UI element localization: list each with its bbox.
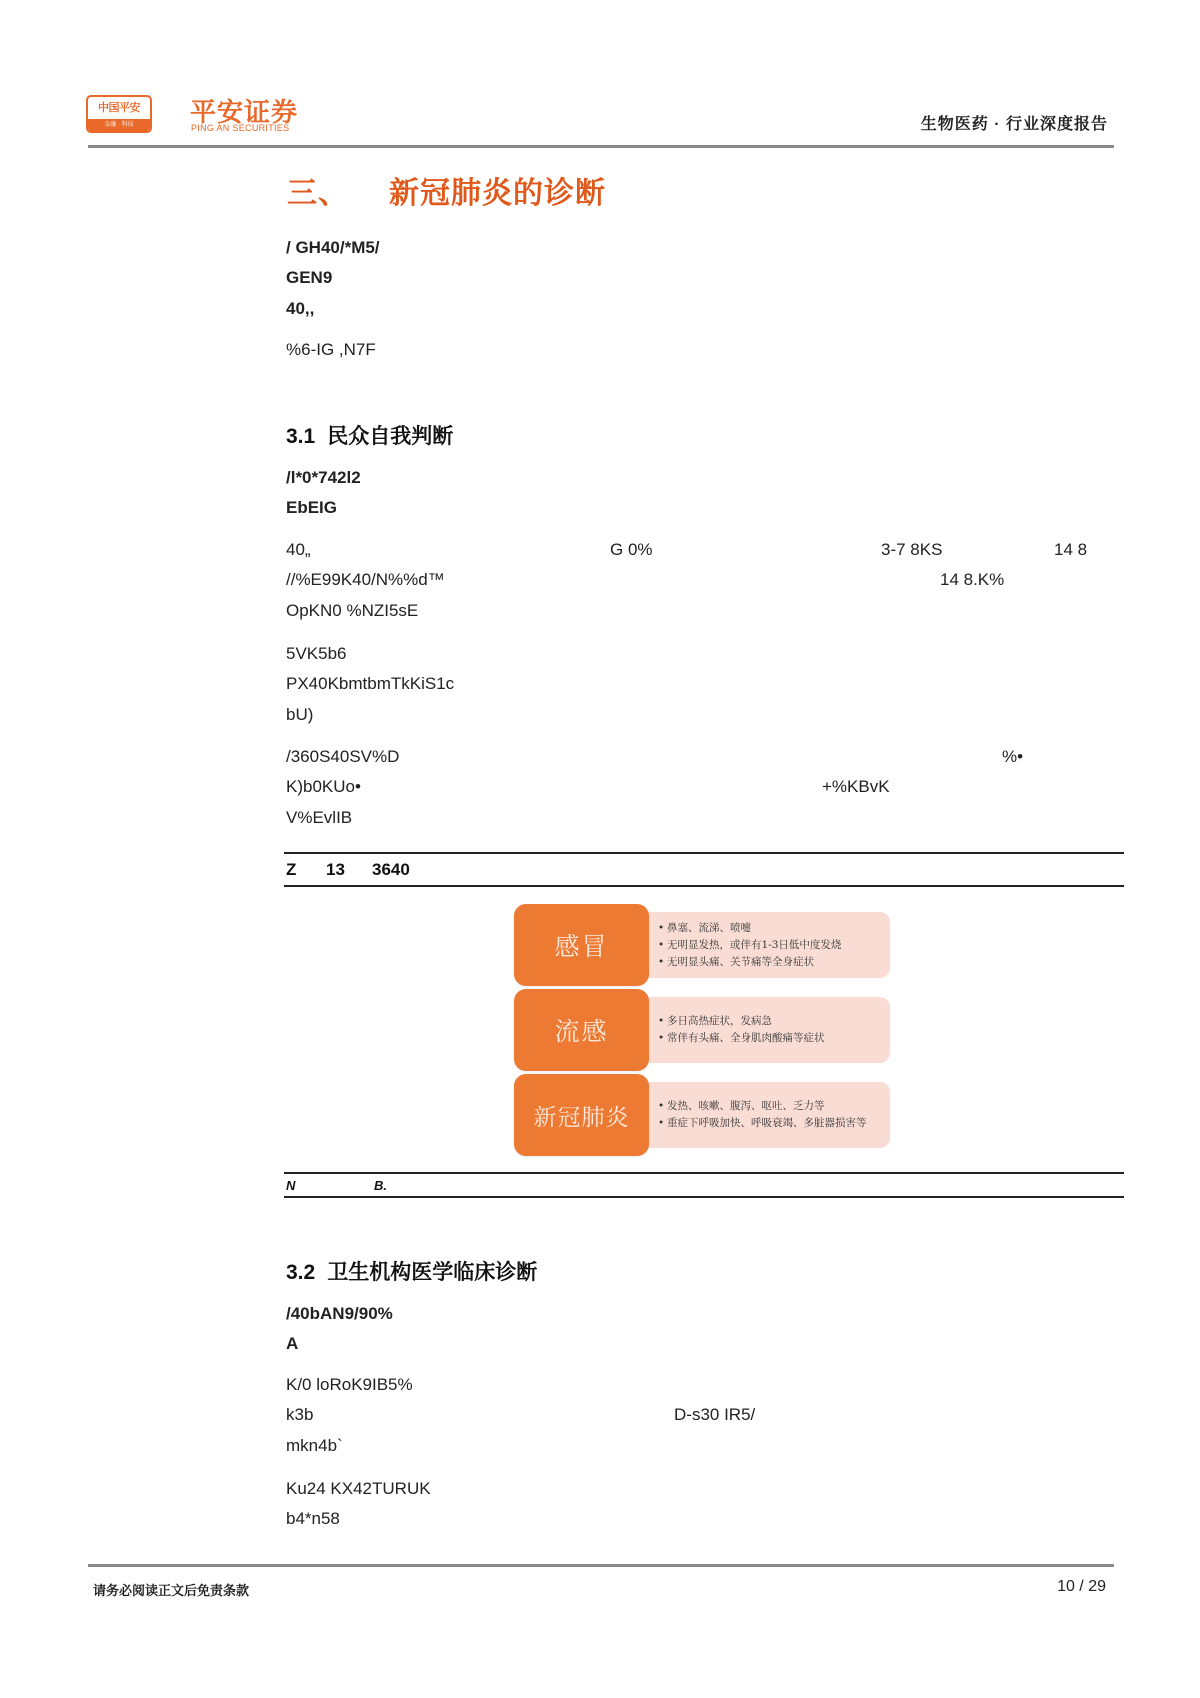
subsection-3-1-paragraph-2: 5VK5b6 PX40KbmtbmTkKiS1c bU): [286, 639, 1124, 730]
diagram-row-covid: 新冠肺炎 发热、咳嗽、腹泻、呕吐、乏力等 重症下呼吸加快、呼吸衰竭、多脏器损害等: [514, 1074, 894, 1156]
text-line: k3b D-s30 IR5/: [286, 1400, 1124, 1430]
symptom-item: 常伴有头痛、全身肌肉酸痛等症状: [658, 1030, 884, 1047]
intro-paragraph: %6-IG ,N7F: [286, 335, 1124, 365]
figure-number: 13: [326, 860, 345, 880]
subsection-heading-3-2: 3.2卫生机构医学临床诊断: [286, 1256, 537, 1286]
figure-title: 3640: [372, 860, 410, 880]
symptom-item: 发热、咳嗽、腹泻、呕吐、乏力等: [658, 1098, 884, 1115]
subsection-3-1-paragraph-3: /360S40SV%D %• K)b0KUo• +%KBvK V%EvlIB: [286, 742, 1124, 833]
text-line: %6-IG ,N7F: [286, 335, 1124, 365]
symptom-item: 鼻塞、流涕、喷嚏: [658, 920, 884, 937]
diagram-symptom-box: 多日高热症状，发病急 常伴有头痛、全身肌肉酸痛等症状: [634, 997, 890, 1063]
figure-source-top-rule: [284, 1172, 1124, 1174]
symptom-item: 无明显头痛、关节痛等全身症状: [658, 954, 884, 971]
section-number: 三、: [287, 177, 349, 210]
section-title: 新冠肺炎的诊断: [389, 177, 606, 210]
diagram-label-flu: 流感: [514, 989, 649, 1071]
disclaimer-notice: 请务必阅读正文后免责条款: [93, 1580, 249, 1599]
source-label: N: [286, 1178, 295, 1193]
section-heading: 三、新冠肺炎的诊断: [287, 168, 606, 212]
china-pingan-logo: 中国平安 金融 · 科技: [86, 95, 152, 133]
text-line: /360S40SV%D %•: [286, 742, 1124, 772]
text-line: mkn4b`: [286, 1431, 1124, 1461]
text-line: /40bAN9/90%: [286, 1299, 1124, 1329]
text-line: /l*0*742l2: [286, 463, 1124, 493]
subsection-3-2-paragraph-1: K/0 loRoK9IB5% k3b D-s30 IR5/ mkn4b`: [286, 1370, 1124, 1461]
diagram-symptom-box: 鼻塞、流涕、喷嚏 无明显发热，或伴有1-3日低中度发烧 无明显头痛、关节痛等全身…: [634, 912, 890, 978]
text-line: V%EvlIB: [286, 803, 1124, 833]
symptom-item: 多日高热症状，发病急: [658, 1013, 884, 1030]
figure-top-rule: [284, 852, 1124, 854]
text-line: b4*n58: [286, 1504, 1124, 1534]
text-line: K/0 loRoK9IB5%: [286, 1370, 1124, 1400]
text-line: A: [286, 1329, 1124, 1359]
page-number: 10 / 29: [1057, 1578, 1106, 1596]
text-line: Ku24 KX42TURUK: [286, 1474, 1124, 1504]
source-text: B.: [374, 1178, 387, 1193]
subsection-3-1-bold-paragraph: /l*0*742l2 EbEIG: [286, 463, 1124, 524]
text-line: 40,,: [286, 294, 1124, 324]
figure-caption: Z 13 3640: [286, 860, 296, 880]
subsection-3-2-bold-paragraph: /40bAN9/90% A: [286, 1299, 1124, 1360]
diagram-label-cold: 感冒: [514, 904, 649, 986]
diagram-label-covid: 新冠肺炎: [514, 1074, 649, 1156]
text-line: GEN9: [286, 263, 1124, 293]
intro-bold-paragraph: / GH40/*M5/ GEN9 40,,: [286, 233, 1124, 324]
diagram-row-cold: 感冒 鼻塞、流涕、喷嚏 无明显发热，或伴有1-3日低中度发烧 无明显头痛、关节痛…: [514, 904, 894, 986]
symptom-item: 无明显发热，或伴有1-3日低中度发烧: [658, 937, 884, 954]
text-line: bU): [286, 700, 1124, 730]
footer-divider: [88, 1564, 1114, 1567]
figure-bottom-rule: [284, 1196, 1124, 1198]
header-divider: [88, 145, 1114, 148]
text-line: EbEIG: [286, 493, 1124, 523]
subsection-3-2-paragraph-2: Ku24 KX42TURUK b4*n58: [286, 1474, 1124, 1535]
brand-name-en: PING AN SECURITIES: [191, 123, 289, 133]
text-line: PX40KbmtbmTkKiS1c: [286, 669, 1124, 699]
figure-source: N B.: [286, 1178, 295, 1193]
text-line: / GH40/*M5/: [286, 233, 1124, 263]
logo-badge-subtext: 金融 · 科技: [88, 119, 150, 131]
text-line: 5VK5b6: [286, 639, 1124, 669]
text-line: 40„ G 0% 3-7 8KS 14 8: [286, 535, 1124, 565]
text-line: //%E99K40/N%%d™ 14 8.K%: [286, 565, 1124, 595]
subsection-heading-3-1: 3.1民众自我判断: [286, 420, 453, 450]
logo-badge-text: 中国平安: [88, 97, 150, 119]
figure-caption-rule: [284, 885, 1124, 887]
text-line: K)b0KUo• +%KBvK: [286, 772, 1124, 802]
subsection-3-1-paragraph-1: 40„ G 0% 3-7 8KS 14 8 //%E99K40/N%%d™ 14…: [286, 535, 1124, 626]
symptom-item: 重症下呼吸加快、呼吸衰竭、多脏器损害等: [658, 1115, 884, 1132]
text-line: OpKN0 %NZI5sE: [286, 596, 1124, 626]
figure-prefix: Z: [286, 860, 296, 879]
diagram-symptom-box: 发热、咳嗽、腹泻、呕吐、乏力等 重症下呼吸加快、呼吸衰竭、多脏器损害等: [634, 1082, 890, 1148]
diagram-row-flu: 流感 多日高热症状，发病急 常伴有头痛、全身肌肉酸痛等症状: [514, 989, 894, 1071]
report-type: 生物医药 · 行业深度报告: [921, 111, 1108, 134]
